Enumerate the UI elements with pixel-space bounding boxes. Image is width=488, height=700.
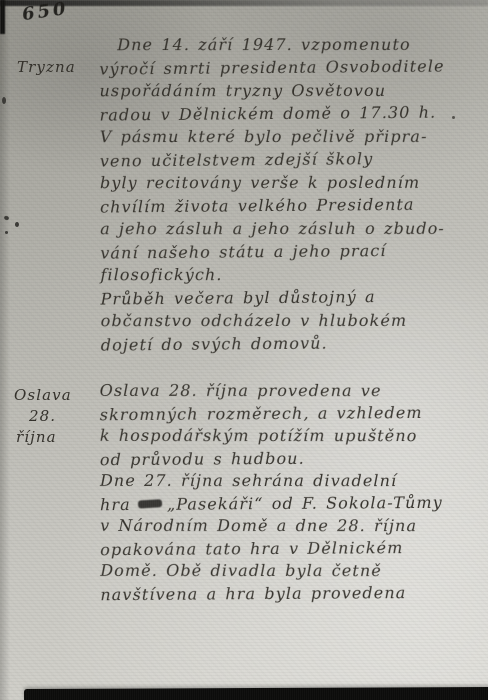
ink-speck: [5, 231, 8, 234]
handwriting-line: vání našeho státu a jeho prací: [100, 238, 445, 264]
handwriting-line: V pásmu které bylo pečlivě připra-: [100, 125, 445, 148]
scan-artifact-top-edge: [0, 0, 488, 6]
handwriting-line: uspořádáním tryzny Osvětovou: [99, 79, 444, 102]
handwriting-line: Průběh večera byl důstojný a: [100, 284, 445, 310]
margin-note-line: 28.: [14, 406, 72, 427]
margin-note-line: Oslava: [14, 385, 72, 406]
handwriting-line: Domě. Obě divadla byla četně: [100, 560, 443, 583]
ink-speck: [15, 222, 19, 227]
handwriting-line: chvílím života velkého Presidenta: [100, 192, 445, 218]
ink-speck: [452, 116, 455, 119]
ink-speck: [2, 97, 6, 104]
handwriting-line: opakována tato hra v Dělnickém: [100, 536, 443, 561]
handwriting-line: Dne 14. září 1947. vzpomenuto: [99, 33, 444, 56]
line-suffix: „Pasekáři“ od F. Sokola-Tůmy: [167, 492, 443, 513]
margin-note-oslava: Oslava 28. října: [14, 385, 72, 448]
paragraph-memorial-ceremony: Dne 14. září 1947. vzpomenuto výročí smr…: [99, 32, 446, 356]
margin-note-tryzna: Tryzna: [17, 58, 76, 76]
handwriting-line: Oslava 28. října provedena ve: [100, 380, 443, 403]
scan-artifact-bottom-bar: [24, 687, 488, 700]
handwriting-line: byly recitovány verše k posledním: [100, 171, 445, 194]
handwriting-line: navštívena a hra byla provedena: [100, 581, 443, 606]
handwriting-line: výročí smrti presidenta Osvoboditele: [99, 54, 444, 80]
handwriting-line: Dne 27. října sehrána divadelní: [100, 470, 443, 493]
page-number: 650: [21, 0, 70, 25]
handwriting-line: od průvodu s hudbou.: [100, 446, 443, 471]
scanned-chronicle-page: 650 Tryzna Oslava 28. října Dne 14. září…: [0, 0, 488, 700]
ink-speck: [3, 215, 9, 220]
handwriting-line: k hospodářským potížím upuštěno: [100, 425, 443, 448]
line-prefix: hra: [100, 494, 131, 513]
handwriting-line: a jeho zásluh a jeho zásluh o zbudo-: [100, 217, 445, 240]
margin-note-line: října: [14, 427, 72, 448]
handwriting-line: radou v Dělnickém domě o 17.30 h.: [99, 100, 444, 126]
handwriting-line: dojetí do svých domovů.: [101, 330, 446, 356]
handwriting-line-with-strikeout: hra„Pasekáři“ od F. Sokola-Tůmy: [100, 491, 443, 516]
paragraph-october-celebration: Oslava 28. října provedena ve skromných …: [100, 379, 444, 605]
handwriting-line: občanstvo odcházelo v hlubokém: [101, 309, 446, 332]
handwriting-line: filosofických.: [100, 263, 445, 286]
scan-artifact-top-left-bar: [0, 0, 5, 34]
handwriting-line: veno učitelstvem zdejší školy: [100, 146, 445, 172]
handwriting-line: v Národním Domě a dne 28. října: [100, 515, 443, 538]
handwriting-line: skromných rozměrech, a vzhledem: [100, 401, 443, 426]
crossed-out-word: [138, 499, 162, 508]
